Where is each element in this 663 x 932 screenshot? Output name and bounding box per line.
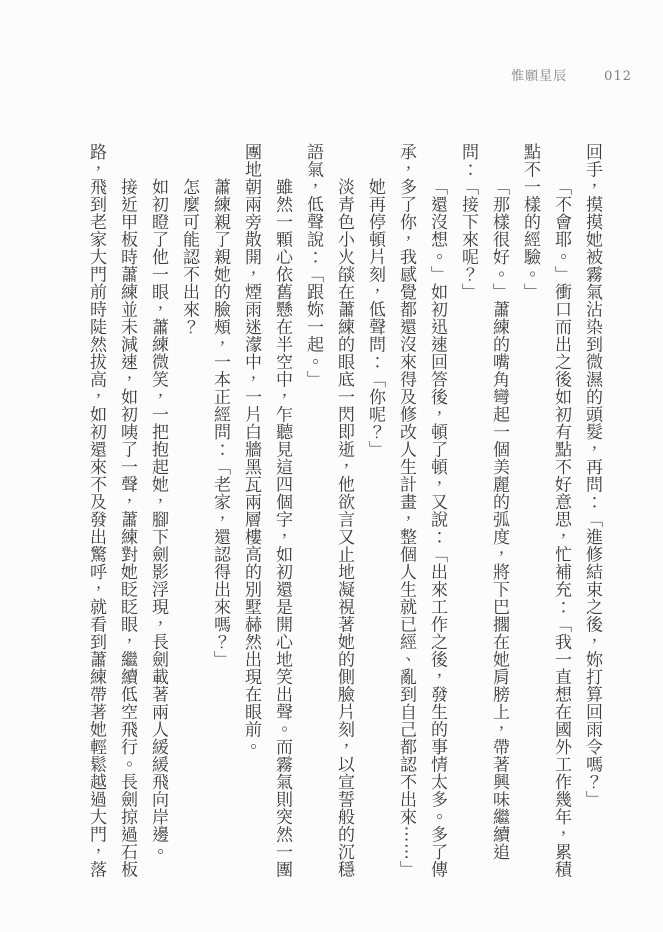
- paragraph: 「不會耶。」衝口而出之後如初有點不好意思，忙補充：「我一直想在國外工作幾年，累積…: [514, 143, 576, 881]
- running-head: 惟願星辰 012: [511, 65, 632, 84]
- paragraph: 怎麼可能認不出來？: [173, 143, 204, 881]
- paragraph: 回手，摸摸她被霧氣沾染到微濕的頭髮，再問：「進修結束之後，妳打算回雨令嗎？」: [576, 143, 607, 881]
- paragraph: 接近甲板時蕭練並未減速，如初咦了一聲，蕭練對她眨眨眼，繼續低空飛行。長劍掠過石板…: [80, 143, 142, 881]
- page-number: 012: [604, 69, 632, 84]
- paragraph: 「那樣很好。」蕭練的嘴角彎起一個美麗的弧度，將下巴擱在她肩膀上，帶著興味繼續追問…: [452, 143, 514, 881]
- paragraph: 蕭練親了親她的臉頰，一本正經問：「老家，還認得出來嗎？」: [204, 143, 235, 881]
- paragraph: 「還沒想。」如初迅速回答後，頓了頓，又說：「出來工作之後，發生的事情太多。多了傳…: [390, 143, 452, 881]
- paragraph: 她再停頓片刻，低聲問：「你呢？」: [359, 143, 390, 881]
- book-page: 惟願星辰 012 回手，摸摸她被霧氣沾染到微濕的頭髮，再問：「進修結束之後，妳打…: [0, 0, 663, 932]
- paragraph: 雖然一顆心依舊懸在半空中，乍聽見這四個字，如初還是開心地笑出聲。而霧氣則突然一團…: [235, 143, 297, 881]
- text-body: 回手，摸摸她被霧氣沾染到微濕的頭髮，再問：「進修結束之後，妳打算回雨令嗎？」「不…: [80, 143, 607, 881]
- paragraph: 淡青色小火燄在蕭練的眼底一閃即逝，他欲言又止地凝視著她的側臉片刻，以宣誓般的沉穩…: [297, 143, 359, 881]
- running-head-title: 惟願星辰: [511, 65, 567, 84]
- paragraph: 如初瞪了他一眼，蕭練微笑，一把抱起她，腳下劍影浮現，長劍載著兩人緩緩飛向岸邊。: [142, 143, 173, 881]
